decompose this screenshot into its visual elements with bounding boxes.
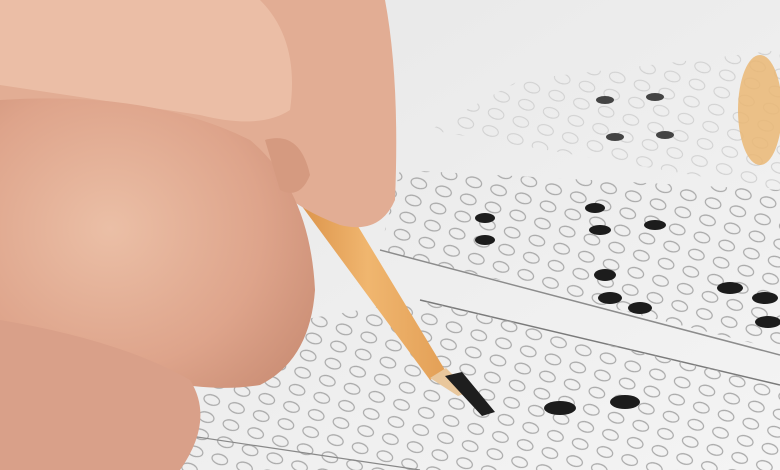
answer-sheet-photo	[0, 0, 780, 470]
background-pencil	[738, 55, 780, 165]
photo-scene	[0, 0, 780, 470]
